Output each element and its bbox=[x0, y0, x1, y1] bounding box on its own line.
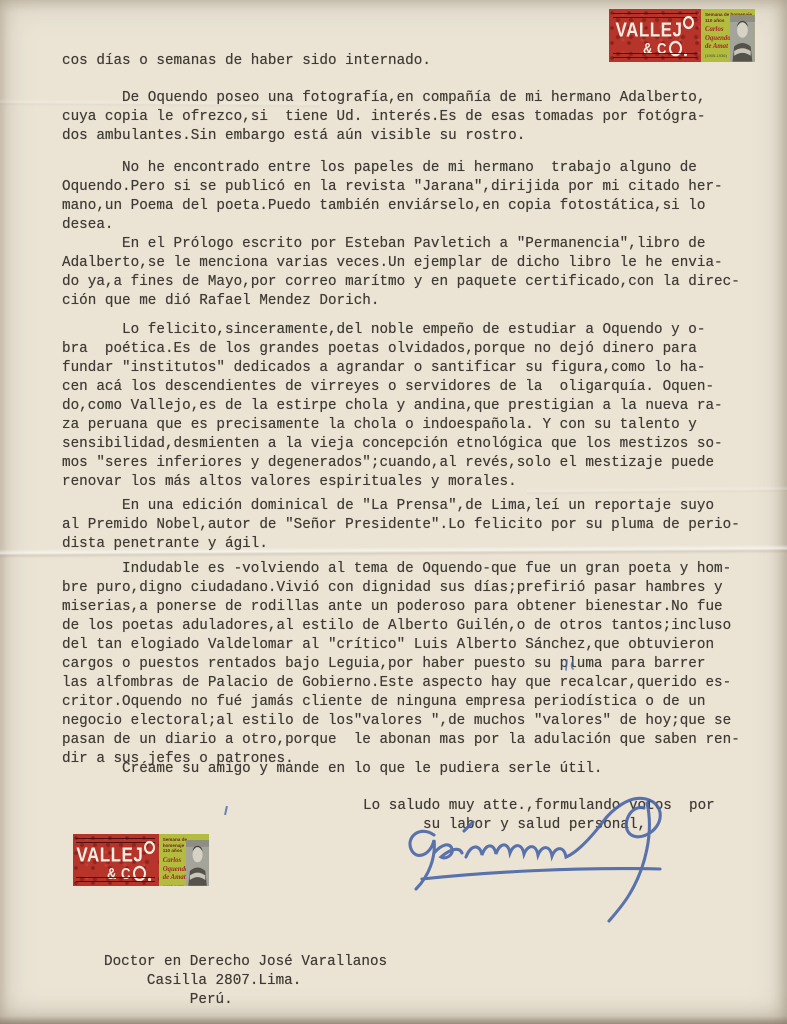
ink-correction-mark bbox=[563, 659, 577, 671]
letter-page: VALLEJ & C Semana de homenaje 110 años C… bbox=[0, 0, 787, 1024]
typed-line: cos días o semanas de haber sido interna… bbox=[62, 52, 431, 71]
logo-red-panel: VALLEJ & C bbox=[73, 834, 159, 886]
logo-green-panel: Semana de homenaje 110 años Carlos Oquen… bbox=[159, 834, 209, 886]
logo-wordmark: VALLEJ & C bbox=[73, 843, 159, 881]
typed-line: Doctor en Derecho José Varallanos bbox=[104, 953, 387, 972]
handwritten-signature bbox=[398, 783, 708, 938]
typed-line: Indudable es -volviendo al tema de Oquen… bbox=[62, 560, 740, 579]
typed-line: sensibilidad,desmienten a la vieja conce… bbox=[62, 435, 723, 454]
typed-line: cuya copia le ofrezco,si tiene Ud. inter… bbox=[62, 108, 705, 127]
scan-edge-shadow bbox=[0, 1016, 787, 1024]
typed-line: fundar "institutos" dedicados a agrandar… bbox=[62, 359, 723, 378]
paragraph-4: En el Prólogo escrito por Esteban Pavlet… bbox=[62, 235, 740, 311]
typed-line: del tan elogiado Valdelomar al "crítico"… bbox=[62, 636, 740, 655]
typed-line: Adalberto,se le menciona varias veces.Un… bbox=[62, 254, 740, 273]
ink-mark bbox=[224, 806, 228, 815]
typed-line: negocio electoral;al estilo de los"valor… bbox=[62, 712, 740, 731]
typed-line: cen acá los descendientes de virreyes o … bbox=[62, 378, 723, 397]
typed-line: do ya,a fines de Mayo,por correo marítmo… bbox=[62, 273, 740, 292]
logo-o-ring-icon bbox=[683, 16, 694, 29]
logo-wordmark-line1: VALLEJ bbox=[616, 18, 683, 41]
typed-line: En una edición dominical de "La Prensa",… bbox=[62, 497, 740, 516]
logo-wordmark: VALLEJ & C bbox=[609, 18, 701, 56]
logo-red-panel: VALLEJ & C bbox=[609, 9, 701, 62]
typed-line: ción que me dió Rafael Mendez Dorich. bbox=[62, 292, 740, 311]
typed-line: Créame su amigo y mande en lo que le pud… bbox=[62, 760, 603, 779]
typed-line: De Oquendo poseo una fotografía,en compa… bbox=[62, 89, 705, 108]
paragraph-5: Lo felicito,sinceramente,del noble empeñ… bbox=[62, 321, 723, 492]
typed-line: de los poetas aduladores,al estilo de Al… bbox=[62, 617, 740, 636]
logo-o-ring-icon bbox=[144, 841, 155, 854]
typed-line: dos ambulantes.Sin embargo está aún visi… bbox=[62, 127, 705, 146]
typed-line: Casilla 2807.Lima. bbox=[104, 972, 387, 991]
typed-line: bra poética.Es de los grandes poetas olv… bbox=[62, 340, 723, 359]
typed-line: No he encontrado entre los papeles de mi… bbox=[62, 159, 723, 178]
typed-line: za peruana que es precisamente la chola … bbox=[62, 416, 723, 435]
typed-line: Perú. bbox=[104, 991, 387, 1010]
paragraph-3: No he encontrado entre los papeles de mi… bbox=[62, 159, 723, 235]
typed-line: renovar los más altos valores espiritual… bbox=[62, 473, 723, 492]
paragraph-6: En una edición dominical de "La Prensa",… bbox=[62, 497, 740, 554]
typed-line: al Premido Nobel,autor de "Señor Preside… bbox=[62, 516, 740, 535]
typed-line: bre puro,digno ciudadano.Vivió con digni… bbox=[62, 579, 740, 598]
typed-line: En el Prólogo escrito por Esteban Pavlet… bbox=[62, 235, 740, 254]
logo-green-panel: Semana de homenaje 110 años Carlos Oquen… bbox=[701, 9, 755, 62]
typed-line: mano,un Poema del poeta.Puedo también en… bbox=[62, 197, 723, 216]
typed-line: pasan de un diario a otro,porque le abon… bbox=[62, 731, 740, 750]
poet-photo bbox=[730, 15, 755, 62]
typed-line: desea. bbox=[62, 216, 723, 235]
typed-line: miserias,a ponerse de rodillas ante un p… bbox=[62, 598, 740, 617]
logo-wordmark-line1: VALLEJ bbox=[76, 843, 143, 866]
typed-line: las alfombras de Palacio de Gobierno.Est… bbox=[62, 674, 740, 693]
paragraph-2: De Oquendo poseo una fotografía,en compa… bbox=[62, 89, 705, 146]
paragraph-1: cos días o semanas de haber sido interna… bbox=[62, 52, 431, 71]
typed-line: Oquendo.Pero si se publicó en la revista… bbox=[62, 178, 723, 197]
typed-line: mos "seres inferiores y degenerados";cua… bbox=[62, 454, 723, 473]
typed-line: cargos o puestos rentados bajo Leguia,po… bbox=[62, 655, 740, 674]
typed-line: dista penetrante y ágil. bbox=[62, 535, 740, 554]
recipient-address: Doctor en Derecho José Varallanos Casill… bbox=[104, 953, 387, 1010]
typed-line: do,como Vallejo,es de la estirpe chola y… bbox=[62, 397, 723, 416]
paragraph-8: Créame su amigo y mande en lo que le pud… bbox=[62, 760, 603, 779]
logo-rule bbox=[76, 877, 155, 882]
typed-line: Lo felicito,sinceramente,del noble empeñ… bbox=[62, 321, 723, 340]
vallejo-co-logo: VALLEJ & C Semana de homenaje 110 años C… bbox=[609, 9, 755, 62]
typed-line: critor.Oquendo no fué jamás cliente de n… bbox=[62, 693, 740, 712]
logo-rule bbox=[613, 53, 698, 58]
poet-photo bbox=[186, 840, 209, 886]
paragraph-7: Indudable es -volviendo al tema de Oquen… bbox=[62, 560, 740, 769]
vallejo-co-logo: VALLEJ & C Semana de homenaje 110 años C… bbox=[73, 834, 209, 886]
